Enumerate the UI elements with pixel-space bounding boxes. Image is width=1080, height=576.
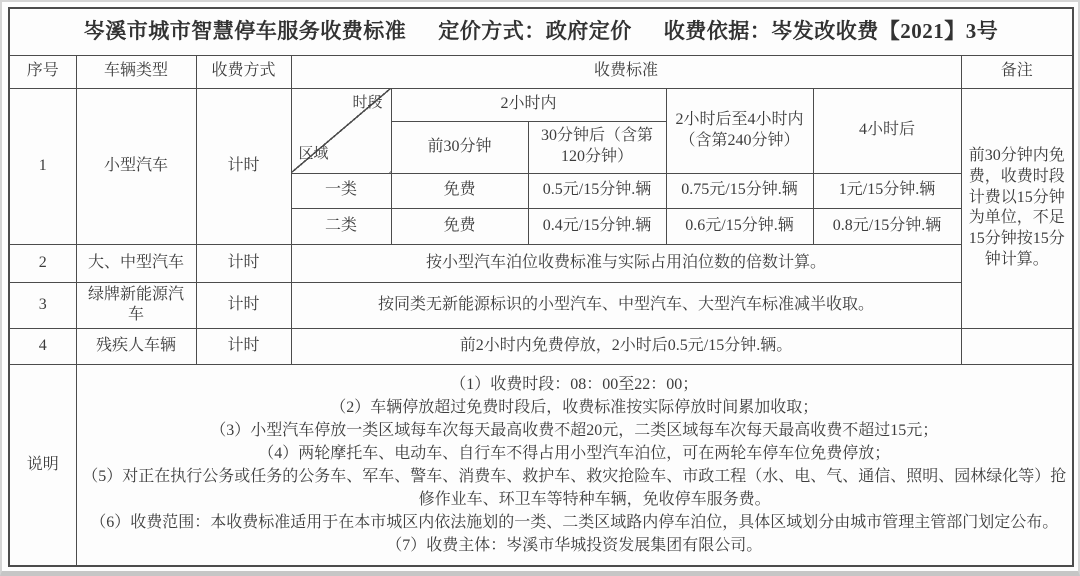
row3-charge-standard: 按同类无新能源标识的小型汽车、中型汽车、大型汽车标准减半收取。 xyxy=(291,282,961,329)
fee-table: 岑溪市城市智慧停车服务收费标准 定价方式：政府定价 收费依据：岑发改收费【202… xyxy=(8,7,1074,567)
parking-fee-notice-document: 岑溪市城市智慧停车服务收费标准 定价方式：政府定价 收费依据：岑发改收费【202… xyxy=(0,0,1080,576)
document-title: 岑溪市城市智慧停车服务收费标准 定价方式：政府定价 收费依据：岑发改收费【202… xyxy=(9,8,1073,55)
matrix-header-2h-to-4h: 2小时后至4小时内（含第240分钟） xyxy=(666,88,813,173)
note-item-2: （2）车辆停放超过免费时段后，收费标准按实际停放时间累加收取； xyxy=(81,396,1069,419)
zone2-2h-to-4h-fee: 0.6元/15分钟.辆 xyxy=(666,208,813,244)
matrix-corner-time-label: 时段 xyxy=(352,94,382,114)
col-header-vehicle-type: 车辆类型 xyxy=(76,55,196,88)
matrix-zone2-label: 二类 xyxy=(291,208,391,244)
row4-charge-standard: 前2小时内免费停放，2小时后0.5元/15分钟.辆。 xyxy=(291,329,961,365)
row3-vehicle-type: 绿牌新能源汽车 xyxy=(76,282,196,329)
row3-seq: 3 xyxy=(9,282,76,329)
row1-seq: 1 xyxy=(9,88,76,244)
note-item-7: （7）收费主体：岑溪市华城投资发展集团有限公司。 xyxy=(81,534,1069,557)
notes-list: （1）收费时段：08：00至22：00； （2）车辆停放超过免费时段后，收费标准… xyxy=(81,373,1069,557)
col-header-remark: 备注 xyxy=(961,55,1073,88)
col-header-charge-method: 收费方式 xyxy=(196,55,291,88)
zone1-after-4h-fee: 1元/15分钟.辆 xyxy=(813,173,961,208)
title-pricing-method: 定价方式：政府定价 xyxy=(438,18,632,45)
row1-remark: 前30分钟内免费，收费时段计费以15分钟为单位，不足15分钟按15分钟计算。 xyxy=(961,88,1073,329)
matrix-corner-cell: 时段 区域 xyxy=(291,88,391,173)
note-item-3: （3）小型汽车停放一类区域每车次每天最高收费不超20元，二类区域每车次每天最高收… xyxy=(81,419,1069,442)
row4-remark xyxy=(961,329,1073,365)
title-main: 岑溪市城市智慧停车服务收费标准 xyxy=(84,18,407,45)
row2-charge-standard: 按小型汽车泊位收费标准与实际占用泊位数的倍数计算。 xyxy=(291,244,961,282)
document-title-text: 岑溪市城市智慧停车服务收费标准 定价方式：政府定价 收费依据：岑发改收费【202… xyxy=(14,18,1068,45)
col-header-charge-standard: 收费标准 xyxy=(291,55,961,88)
matrix-header-after-30min: 30分钟后（含第120分钟） xyxy=(528,121,666,173)
row2-vehicle-type: 大、中型汽车 xyxy=(76,244,196,282)
row4-seq: 4 xyxy=(9,329,76,365)
matrix-zone1-label: 一类 xyxy=(291,173,391,208)
zone2-first-30min-fee: 免费 xyxy=(391,208,528,244)
row1-vehicle-type: 小型汽车 xyxy=(76,88,196,244)
title-fee-basis: 收费依据：岑发改收费【2021】3号 xyxy=(664,18,999,45)
note-item-5: （5）对正在执行公务或任务的公务车、军车、警车、消费车、救护车、救灾抢险车、市政… xyxy=(81,465,1069,511)
row2-charge-method: 计时 xyxy=(196,244,291,282)
zone2-after-4h-fee: 0.8元/15分钟.辆 xyxy=(813,208,961,244)
notes-label: 说明 xyxy=(9,365,76,566)
zone1-after-30min-fee: 0.5元/15分钟.辆 xyxy=(528,173,666,208)
note-item-4: （4）两轮摩托车、电动车、自行车不得占用小型汽车泊位，可在两轮车停车位免费停放； xyxy=(81,442,1069,465)
row4-vehicle-type: 残疾人车辆 xyxy=(76,329,196,365)
note-item-1: （1）收费时段：08：00至22：00； xyxy=(81,373,1069,396)
matrix-header-within-2h: 2小时内 xyxy=(391,88,666,121)
matrix-corner-zone-label: 区域 xyxy=(299,145,329,165)
zone2-after-30min-fee: 0.4元/15分钟.辆 xyxy=(528,208,666,244)
col-header-seq: 序号 xyxy=(9,55,76,88)
notes-content: （1）收费时段：08：00至22：00； （2）车辆停放超过免费时段后，收费标准… xyxy=(76,365,1073,566)
row4-charge-method: 计时 xyxy=(196,329,291,365)
row2-seq: 2 xyxy=(9,244,76,282)
matrix-header-first-30min: 前30分钟 xyxy=(391,121,528,173)
row3-charge-method: 计时 xyxy=(196,282,291,329)
note-item-6: （6）收费范围：本收费标准适用于在本市城区内依法施划的一类、二类区域路内停车泊位… xyxy=(81,511,1069,534)
zone1-2h-to-4h-fee: 0.75元/15分钟.辆 xyxy=(666,173,813,208)
matrix-header-after-4h: 4小时后 xyxy=(813,88,961,173)
row1-charge-method: 计时 xyxy=(196,88,291,244)
zone1-first-30min-fee: 免费 xyxy=(391,173,528,208)
